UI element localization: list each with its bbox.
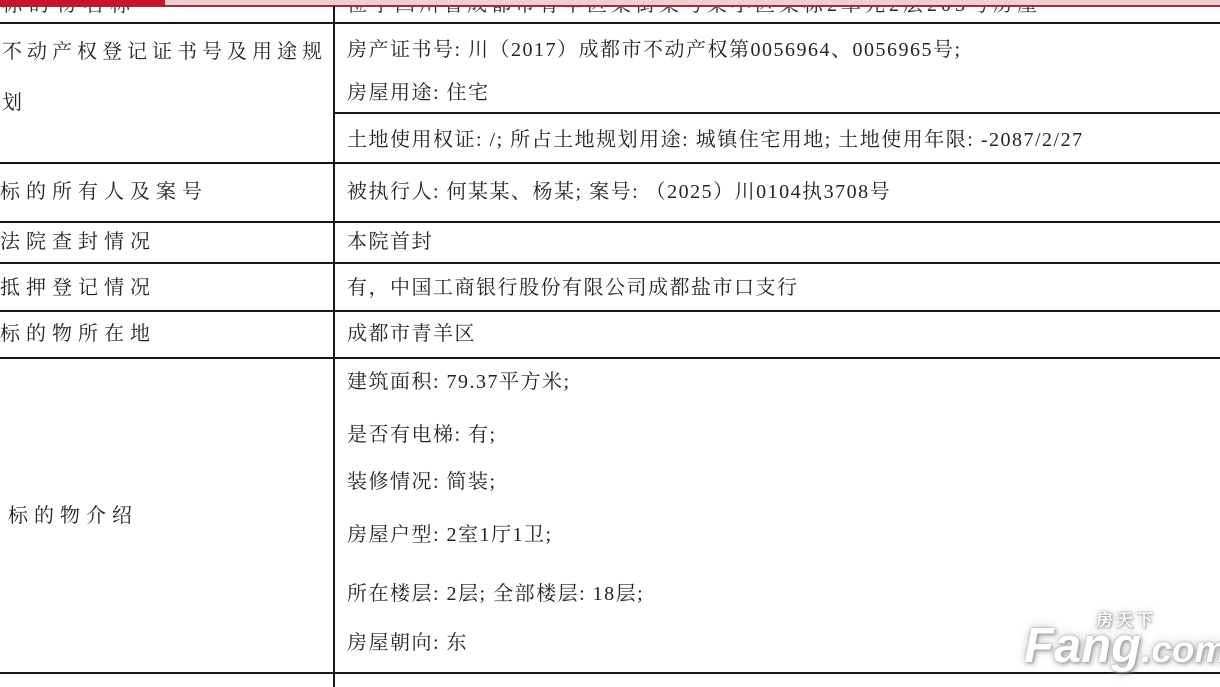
row-label-property-location: 标的物所在地: [0, 322, 156, 346]
table-rule: [0, 221, 1220, 223]
clipped-row-label: 标的物名称: [2, 7, 302, 16]
row-label-owner-case-number: 标的所有人及案号: [0, 180, 208, 204]
fang-watermark-en-suffix: .com: [1141, 629, 1220, 670]
row-value-court-seizure: 本院首封: [347, 230, 433, 254]
banner-red-strip: [0, 0, 165, 7]
fang-watermark-logo: Fang.com: [1024, 618, 1220, 674]
table-rule-sub: [333, 112, 1220, 114]
auction-property-table-page: 标的物名称 位于四川省成都市青羊区某街某号某小区某栋2单元2层203号房屋 不动…: [0, 0, 1220, 687]
table-rule: [0, 310, 1220, 312]
row-label-property-description: 标的物介绍: [8, 504, 138, 528]
row-label-registration-cert: 不动产权登记证书号及用途规划: [2, 27, 334, 129]
table-rule: [0, 22, 1220, 24]
table-rule: [0, 357, 1220, 359]
row-label-court-seizure: 法院查封情况: [0, 230, 156, 254]
row-value-orientation: 房屋朝向: 东: [347, 631, 468, 655]
row-value-property-cert-number: 房产证书号: 川（2017）成都市不动产权第0056964、0056965号;: [347, 38, 962, 62]
row-label-mortgage-registration: 抵押登记情况: [0, 276, 156, 300]
fang-watermark-en-main: Fang: [1024, 619, 1141, 673]
row-value-house-usage: 房屋用途: 住宅: [347, 81, 490, 105]
clipped-row-value: 位于四川省成都市青羊区某街某号某小区某栋2单元2层203号房屋: [347, 7, 1220, 16]
row-value-elevator: 是否有电梯: 有;: [347, 423, 497, 447]
banner-pink-strip: [165, 0, 1220, 5]
table-rule: [0, 262, 1220, 264]
table-rule: [0, 162, 1220, 164]
row-value-mortgage-registration: 有，中国工商银行股份有限公司成都盐市口支行: [347, 276, 799, 300]
row-value-land-use-rights: 土地使用权证: /; 所占土地规划用途: 城镇住宅用地; 土地使用年限: -20…: [347, 128, 1084, 152]
row-value-floor: 所在楼层: 2层; 全部楼层: 18层;: [347, 582, 644, 606]
row-value-building-area: 建筑面积: 79.37平方米;: [347, 370, 571, 394]
row-value-decoration: 装修情况: 简装;: [347, 470, 497, 494]
row-value-owner-case-number: 被执行人: 何某某、杨某; 案号: （2025）川0104执3708号: [347, 180, 891, 204]
row-value-house-layout: 房屋户型: 2室1厅1卫;: [347, 523, 553, 547]
fang-com-watermark: 房天下 Fang.com: [1022, 604, 1220, 686]
row-value-property-location: 成都市青羊区: [347, 322, 476, 346]
